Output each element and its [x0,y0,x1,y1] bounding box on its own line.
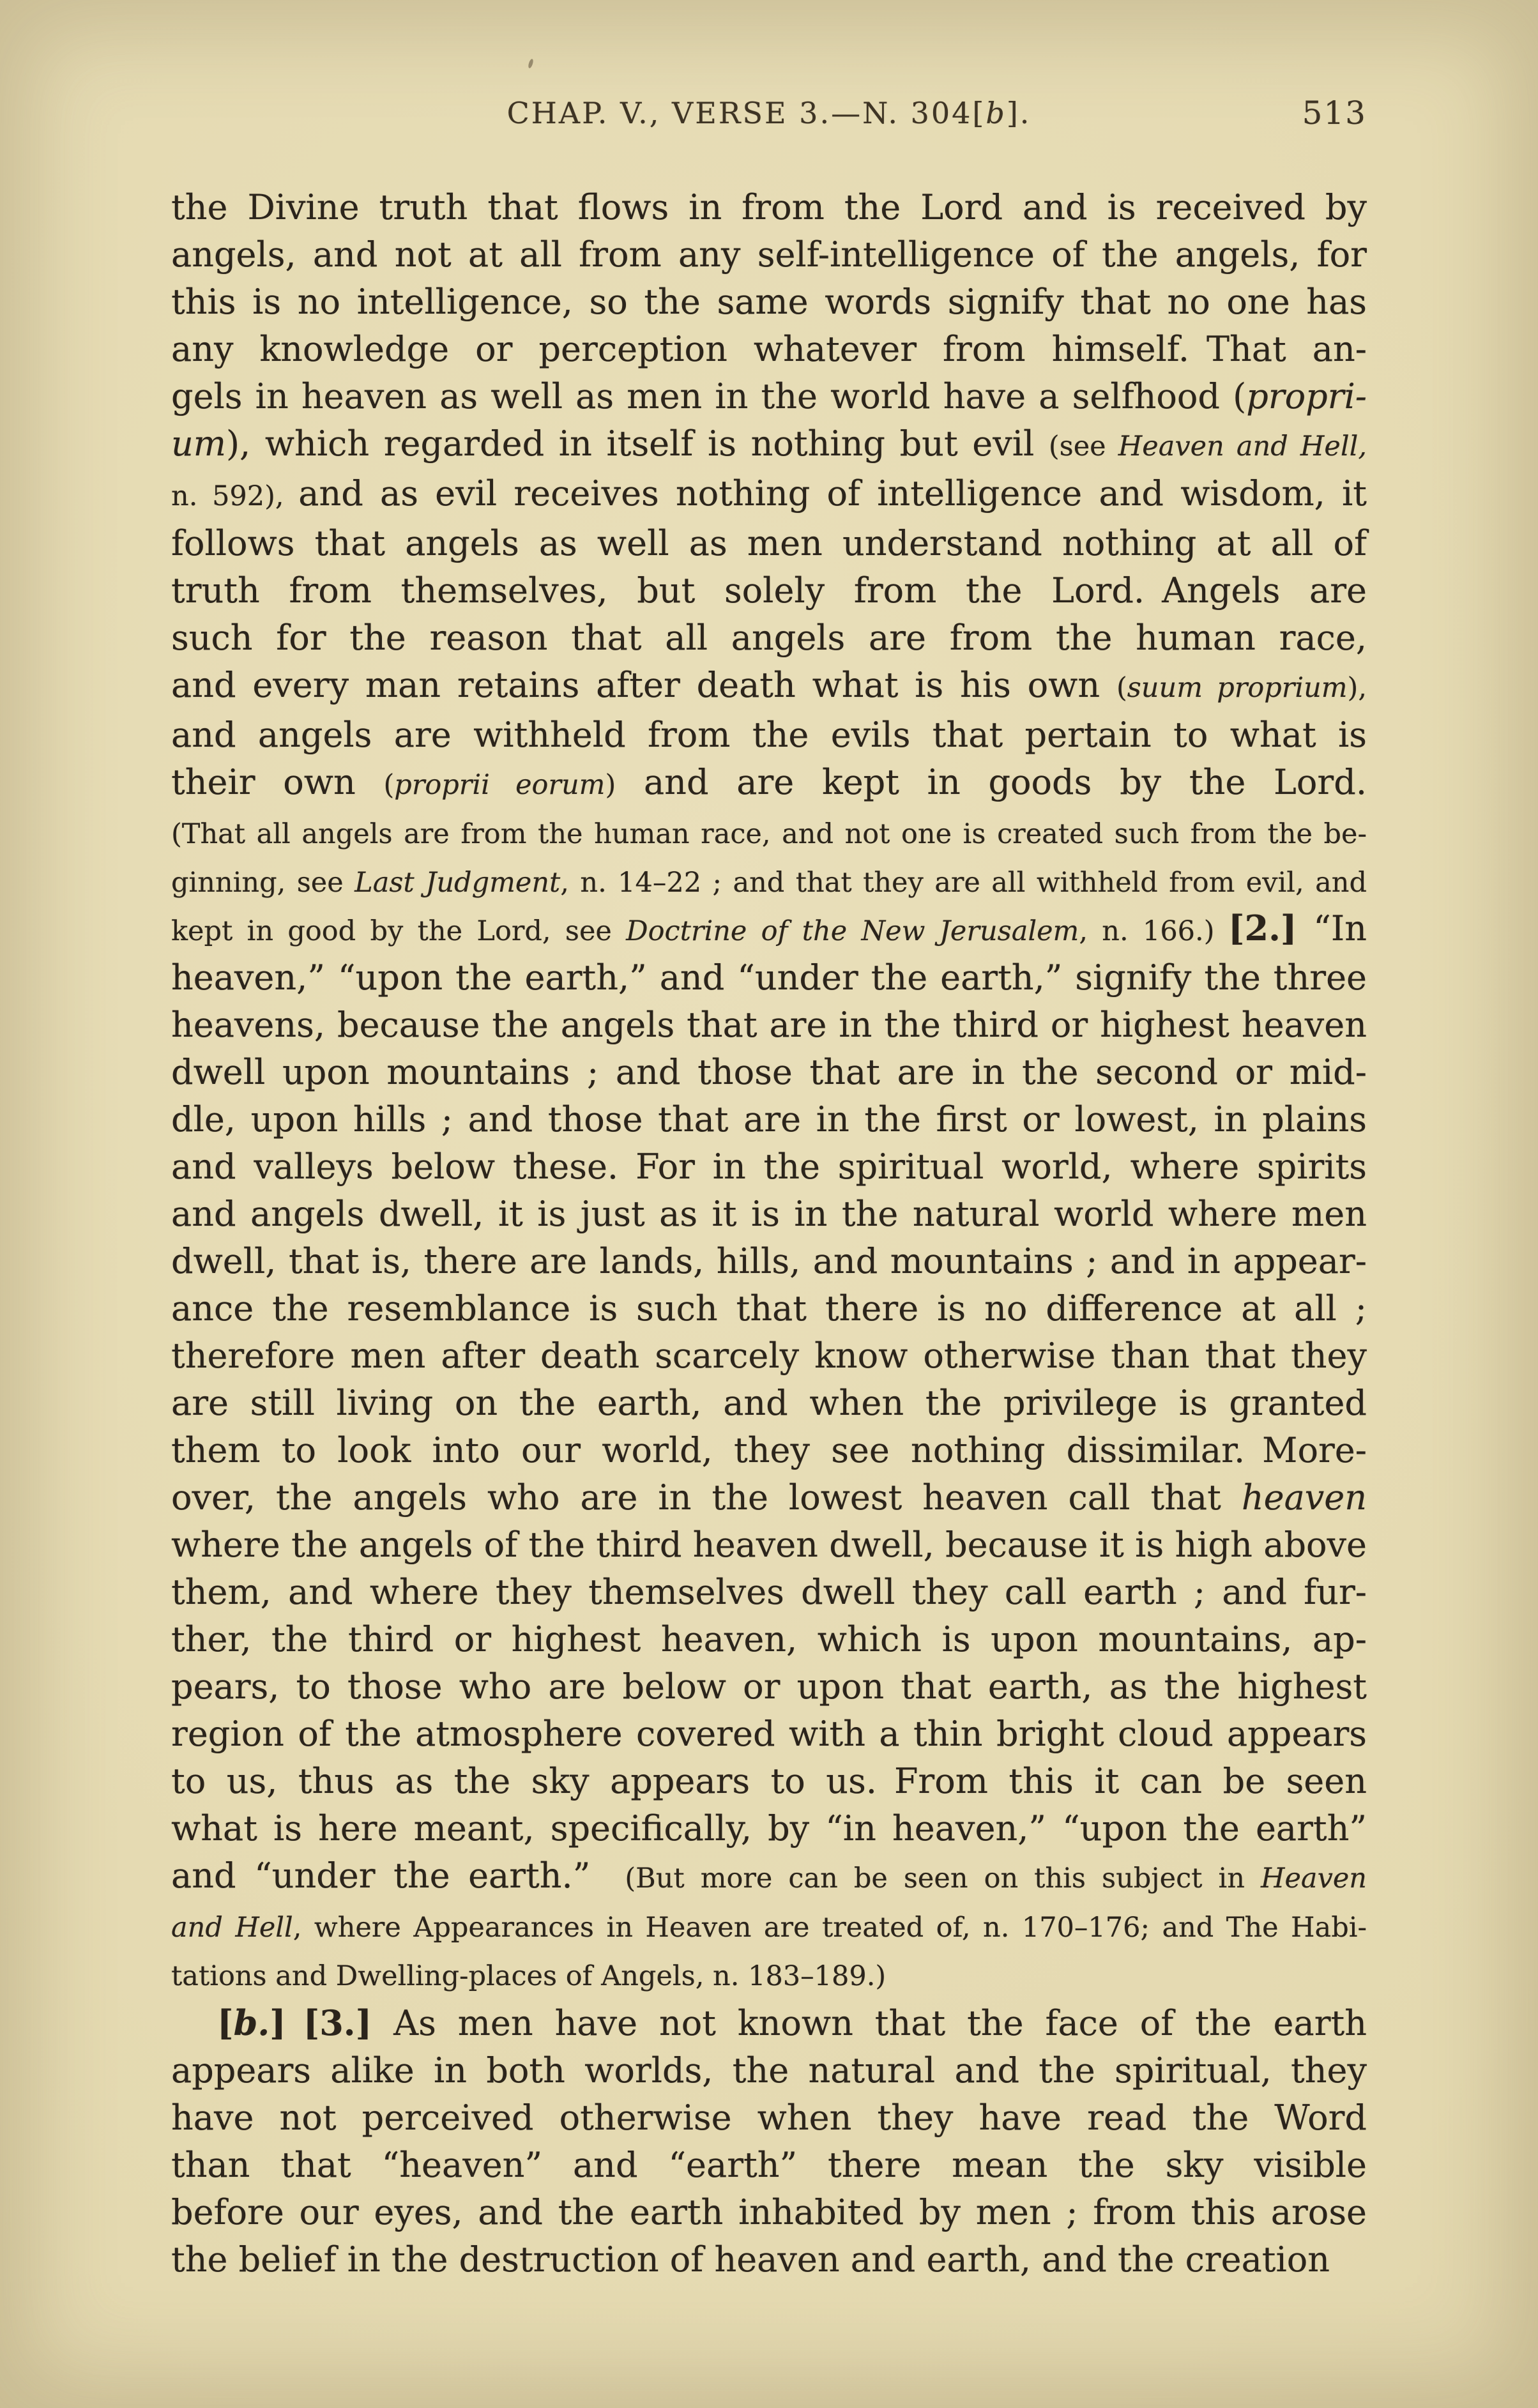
text-segment: ), which regarded in itself is nothing b… [226,423,1049,464]
text-segment: (That all angels are from the human race… [171,818,1367,850]
text-line: them, and where they themselves dwell th… [171,1569,1367,1616]
text-line: the Divine truth that flows in from the … [171,184,1367,231]
text-segment: kept in good by the Lord, see [171,915,626,947]
text-line: region of the atmosphere covered with a … [171,1711,1367,1758]
text-segment: ] [270,2002,286,2043]
text-line: therefore men after death scarcely know … [171,1332,1367,1380]
text-line: dle, upon hills ; and those that are in … [171,1096,1367,1143]
text-line: and valleys below these. For in the spir… [171,1143,1367,1191]
text-segment: ), [1348,672,1367,704]
text-segment: and every man retains after death what i… [171,665,1116,705]
chapter-heading: CHAP. V., VERSE 3.—N. 304[b]. [171,96,1367,130]
text-segment: have not perceived otherwise when they h… [171,2098,1367,2138]
text-segment: tations and Dwelling-places of Angels, n… [171,1960,886,1992]
text-line: what is here meant, specifically, by “in… [171,1805,1367,1852]
text-line: to us, thus as the sky appears to us. Fr… [171,1758,1367,1805]
text-segment: [3.] [303,2002,372,2043]
page-number: 513 [1302,95,1367,132]
text-segment: ( [1116,672,1127,704]
text-line: dwell upon mountains ; and those that ar… [171,1049,1367,1096]
text-segment: this is no intelligence, so the same wor… [171,282,1367,322]
text-line: this is no intelligence, so the same wor… [171,278,1367,326]
text-line: pears, to those who are below or upon th… [171,1663,1367,1711]
book-page: CHAP. V., VERSE 3.—N. 304[b]. 513 the Di… [0,0,1538,2408]
text-segment: before our eyes, and the earth inhabited… [171,2192,1367,2232]
text-segment: truth from themselves, but solely from t… [171,570,1367,611]
text-segment: where the angels of the third heaven dwe… [171,1525,1367,1565]
text-segment: and angels dwell, it is just as it is in… [171,1194,1367,1234]
text-segment: region of the atmosphere covered with a … [171,1714,1367,1754]
text-block: the Divine truth that flows in from the … [171,184,1367,2283]
text-line: follows that angels as well as men under… [171,520,1367,567]
text-line: kept in good by the Lord, see Doctrine o… [171,906,1367,954]
text-segment [286,2003,303,2043]
text-segment: any knowledge or perception whatever fro… [171,329,1367,369]
text-segment: and angels are withheld from the evils t… [171,715,1367,755]
text-segment: propri- [1246,376,1367,416]
text-segment: ance the resemblance is such that there … [171,1288,1367,1329]
text-segment: them to look into our world, they see no… [171,1430,1367,1470]
text-segment: , where Appearances in Heaven are treate… [293,1912,1367,1944]
text-line: the belief in the destruction of heaven … [171,2236,1367,2283]
text-segment: such for the reason that all angels are … [171,618,1367,658]
text-segment: the Divine truth that flows in from the … [171,187,1367,227]
text-line: gels in heaven as well as men in the wor… [171,373,1367,420]
text-segment: CHAP. V., VERSE 3.—N. 304[ [507,96,986,130]
text-segment: appears alike in both worlds, the natura… [171,2050,1367,2091]
text-line: them to look into our world, they see no… [171,1427,1367,1474]
text-segment: and are kept in goods by the Lord. [616,762,1367,802]
text-segment: , n. 14–22 ; and that they are all withh… [560,867,1367,899]
text-line: such for the reason that all angels are … [171,614,1367,662]
text-segment: heaven,” “upon the earth,” and “under th… [171,957,1367,998]
text-segment: Doctrine of the New Jerusalem [626,915,1079,947]
text-line: ther, the third or highest heaven, which… [171,1616,1367,1663]
text-segment: [2.] [1228,908,1297,949]
text-line: over, the angels who are in the lowest h… [171,1474,1367,1521]
text-segment: are still living on the earth, and when … [171,1383,1367,1423]
text-line: angels, and not at all from any self-int… [171,231,1367,278]
text-segment: “In [1297,908,1367,949]
text-line: appears alike in both worlds, the natura… [171,2047,1367,2094]
text-line: any knowledge or perception whatever fro… [171,326,1367,373]
text-segment: suum proprium [1127,672,1348,704]
text-segment: and valleys below these. For in the spir… [171,1147,1367,1187]
text-segment: them, and where they themselves dwell th… [171,1572,1367,1612]
text-segment: [ [217,2002,234,2043]
text-segment: b [986,96,1006,130]
text-segment: (But more can be seen on this subject in [625,1863,1261,1894]
text-line: [b.] [3.] As men have not known that the… [171,1999,1367,2047]
text-line: (That all angels are from the human race… [171,809,1367,857]
page-header: CHAP. V., VERSE 3.—N. 304[b]. 513 [171,96,1367,147]
text-line: and angels dwell, it is just as it is in… [171,1191,1367,1238]
text-line: have not perceived otherwise when they h… [171,2094,1367,2142]
text-segment: Heaven [1261,1863,1367,1894]
text-segment: n. 592), [171,480,298,512]
text-segment: ( [384,769,395,801]
text-segment: follows that angels as well as men under… [171,523,1367,563]
text-line: before our eyes, and the earth inhabited… [171,2189,1367,2236]
text-segment: As men have not known that the face of t… [372,2003,1367,2043]
text-segment: their own [171,762,384,802]
text-segment: what is here meant, specifically, by “in… [171,1808,1367,1848]
text-segment: Last Judgment [354,867,560,899]
text-segment: um [171,423,226,464]
text-segment: b. [234,2002,270,2043]
text-segment: heavens, because the angels that are in … [171,1005,1367,1045]
text-line: where the angels of the third heaven dwe… [171,1521,1367,1569]
text-segment: angels, and not at all from any self-int… [171,234,1367,275]
text-segment: to us, thus as the sky appears to us. Fr… [171,1761,1367,1801]
text-segment: heaven [1242,1477,1367,1518]
text-line: ance the resemblance is such that there … [171,1285,1367,1332]
text-line: truth from themselves, but solely from t… [171,567,1367,614]
text-line: ginning, see Last Judgment, n. 14–22 ; a… [171,857,1367,906]
text-line: and Hell, where Appearances in Heaven ar… [171,1902,1367,1951]
text-line: um), which regarded in itself is nothing… [171,420,1367,470]
text-segment: gels in heaven as well as men in the wor… [171,376,1246,416]
text-segment: the belief in the destruction of heaven … [171,2239,1330,2280]
text-line: than that “heaven” and “earth” there mea… [171,2142,1367,2189]
text-segment: Heaven and Hell, [1118,431,1367,462]
text-line: heavens, because the angels that are in … [171,1002,1367,1049]
text-segment: dle, upon hills ; and those that are in … [171,1099,1367,1139]
text-segment: than that “heaven” and “earth” there mea… [171,2145,1367,2185]
paper-speck [528,58,534,68]
text-segment: and “under the earth.” [171,1856,625,1896]
text-segment: ]. [1007,96,1032,130]
text-segment: therefore men after death scarcely know … [171,1336,1367,1376]
text-line: dwell, that is, there are lands, hills, … [171,1238,1367,1285]
text-line: heaven,” “upon the earth,” and “under th… [171,954,1367,1002]
text-line: and every man retains after death what i… [171,662,1367,712]
text-segment: dwell upon mountains ; and those that ar… [171,1052,1367,1092]
text-line: tations and Dwelling-places of Angels, n… [171,1951,1367,1999]
text-segment: over, the angels who are in the lowest h… [171,1477,1242,1518]
text-segment: ther, the third or highest heaven, which… [171,1619,1367,1659]
text-line: n. 592), and as evil receives nothing of… [171,470,1367,520]
text-segment: proprii eorum [394,769,605,801]
text-line: and angels are withheld from the evils t… [171,712,1367,759]
text-segment: dwell, that is, there are lands, hills, … [171,1241,1367,1281]
text-segment: (see [1049,431,1118,462]
text-segment: and as evil receives nothing of intellig… [298,473,1367,514]
text-segment: ginning, see [171,867,354,899]
text-line: their own (proprii eorum) and are kept i… [171,759,1367,809]
text-segment: , n. 166.) [1079,915,1228,947]
text-segment: pears, to those who are below or upon th… [171,1666,1367,1707]
text-segment: and Hell [171,1912,293,1944]
text-line: and “under the earth.” (But more can be … [171,1852,1367,1902]
text-line: are still living on the earth, and when … [171,1380,1367,1427]
text-segment: ) [605,769,616,801]
